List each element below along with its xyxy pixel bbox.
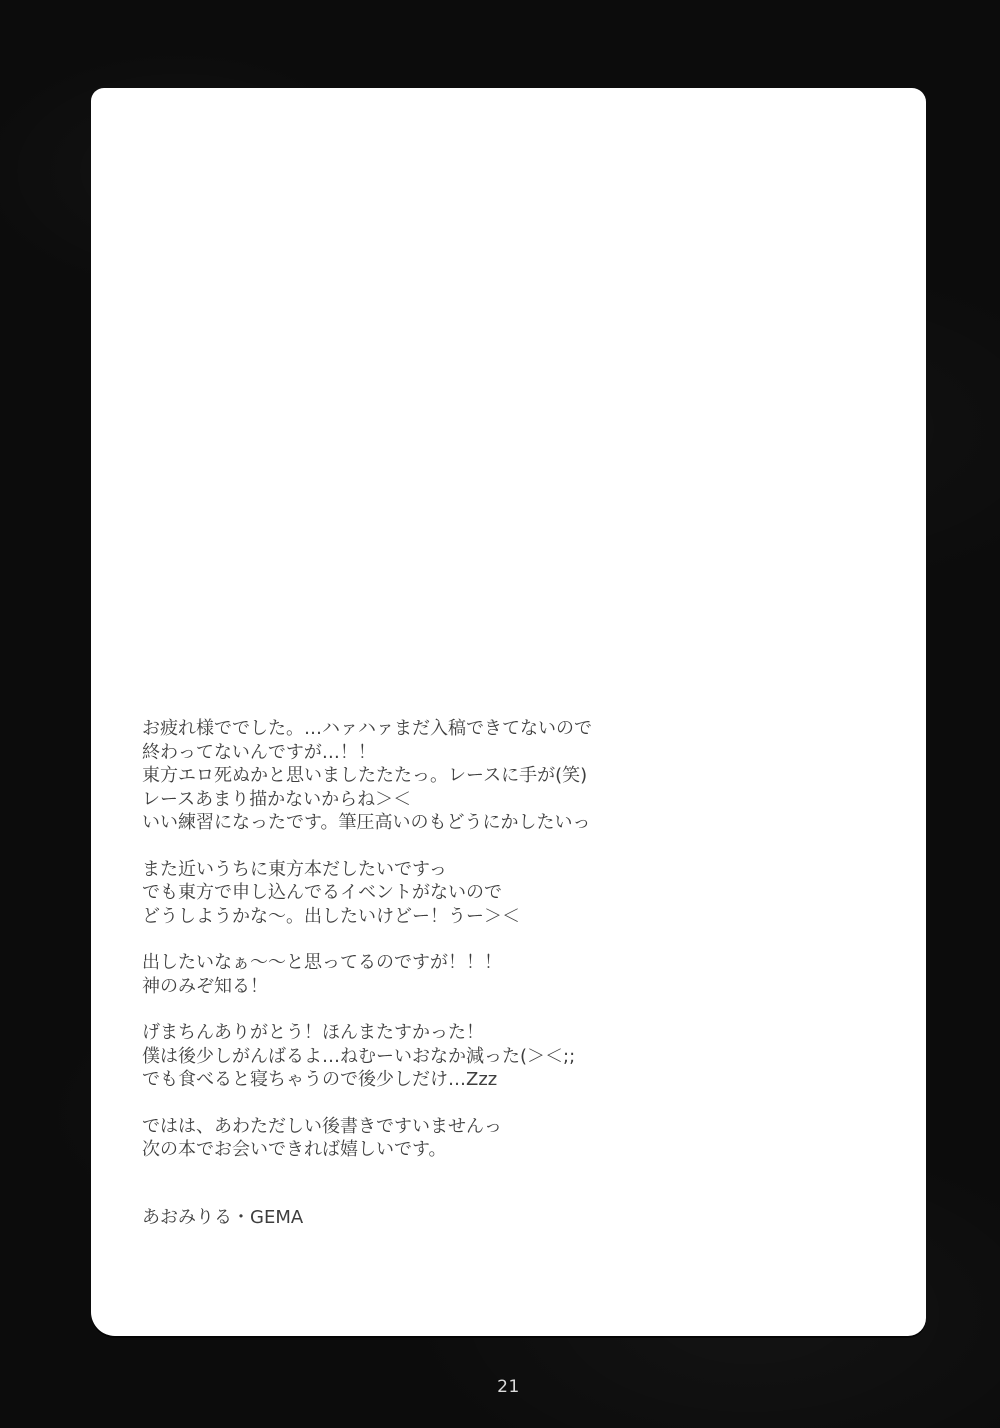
afterword-text: お疲れ様ででした。…ハァハァまだ入稿できてないので終わってないんですが…！！東方…: [142, 717, 782, 1229]
afterword-paragraph: ではは、あわただしい後書きですいませんっ次の本でお会いできれば嬉しいです。: [142, 1115, 782, 1162]
afterword-paragraph: げまちんありがとう！ほんまたすかった！僕は後少しがんばるよ…ねむーいおなか減った…: [142, 1021, 782, 1092]
afterword-paragraph: 出したいなぁ～～と思ってるのですが！！！神のみぞ知る！: [142, 951, 782, 998]
text-line: 次の本でお会いできれば嬉しいです。: [142, 1138, 782, 1162]
text-line: 神のみぞ知る！: [142, 975, 782, 999]
afterword-paragraph: また近いうちに東方本だしたいですっでも東方で申し込んでるイベントがないのでどうし…: [142, 858, 782, 929]
text-line: でも東方で申し込んでるイベントがないので: [142, 881, 782, 905]
text-line: 僕は後少しがんばるよ…ねむーいおなか減った(＞＜;;: [142, 1045, 782, 1069]
paper-page: お疲れ様ででした。…ハァハァまだ入稿できてないので終わってないんですが…！！東方…: [91, 88, 926, 1336]
afterword-paragraph: お疲れ様ででした。…ハァハァまだ入稿できてないので終わってないんですが…！！東方…: [142, 717, 782, 835]
text-line: 出したいなぁ～～と思ってるのですが！！！: [142, 951, 782, 975]
text-line: また近いうちに東方本だしたいですっ: [142, 858, 782, 882]
author-signature: あおみりる・GEMA: [142, 1206, 782, 1230]
text-line: げまちんありがとう！ほんまたすかった！: [142, 1021, 782, 1045]
text-line: でも食べると寝ちゃうので後少しだけ…Zzz: [142, 1068, 782, 1092]
text-line: レースあまり描かないからね＞＜: [142, 788, 782, 812]
text-line: ではは、あわただしい後書きですいませんっ: [142, 1115, 782, 1139]
text-line: いい練習になったです。筆圧高いのもどうにかしたいっ: [142, 811, 782, 835]
text-line: どうしようかな～。出したいけどー！うー＞＜: [142, 905, 782, 929]
page-number: 21: [91, 1376, 926, 1398]
text-line: お疲れ様ででした。…ハァハァまだ入稿できてないので: [142, 717, 782, 741]
text-line: 終わってないんですが…！！: [142, 741, 782, 765]
text-line: 東方エロ死ぬかと思いましたたたっ。レースに手が(笑): [142, 764, 782, 788]
